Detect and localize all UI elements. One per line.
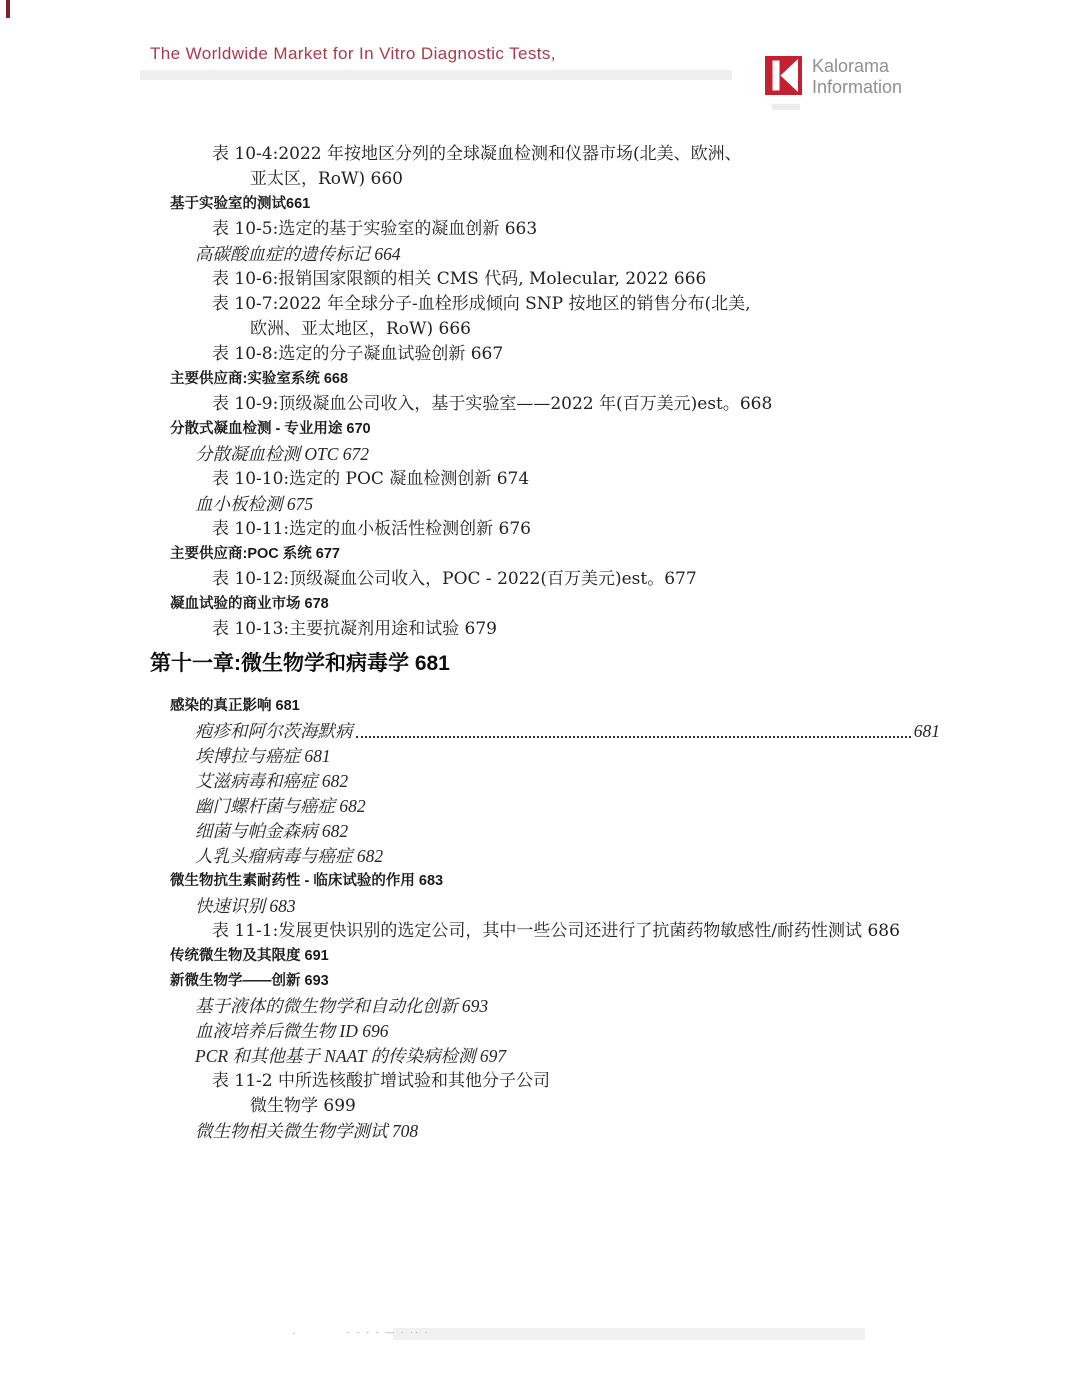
toc-entry: 艾滋病毒和癌症 682: [0, 769, 1000, 794]
toc-entry: 表 11-1:发展更快识别的选定公司，其中一些公司还进行了抗菌药物敏感性/耐药性…: [0, 919, 1000, 944]
footer-bar: [393, 1328, 865, 1340]
toc-entry: 埃博拉与癌症 681: [0, 744, 1000, 769]
toc-entry: 凝血试验的商业市场 678: [0, 592, 1000, 617]
toc-entry: 基于液体的微生物学和自动化创新 693: [0, 994, 1000, 1019]
toc-entry: 表 10-10:选定的 POC 凝血检测创新 674: [0, 467, 1000, 492]
toc-entry: 主要供应商:POC 系统 677: [0, 542, 1000, 567]
toc-entry: 血液培养后微生物 ID 696: [0, 1019, 1000, 1044]
toc-entry: 人乳头瘤病毒与癌症 682: [0, 844, 1000, 869]
toc-entry: 表 10-9:顶级凝血公司收入，基于实验室——2022 年(百万美元)est。6…: [0, 392, 1000, 417]
logo-text: Kalorama Information: [812, 56, 902, 98]
chapter-heading: 第十一章:微生物学和病毒学 681: [0, 649, 1000, 679]
footer-mark-left: ·: [292, 1328, 295, 1339]
footer-page-marks: - - - - ― · ·· ·: [347, 1327, 429, 1337]
logo-brand-line2: Information: [812, 77, 902, 98]
logo-shadow-mark: [772, 104, 800, 110]
logo-brand-line1: Kalorama: [812, 56, 902, 77]
toc-entry: 表 10-13:主要抗凝剂用途和试验 679: [0, 617, 1000, 642]
toc-entry: 微生物学 699: [0, 1094, 1000, 1119]
toc-entry: 表 10-11:选定的血小板活性检测创新 676: [0, 517, 1000, 542]
toc-entry: 疱疹和阿尔茨海默病681: [0, 719, 940, 744]
toc-entry: 传统微生物及其限度 691: [0, 944, 1000, 969]
kalorama-logo: Kalorama Information: [765, 56, 902, 98]
toc-entry: 表 10-6:报销国家限额的相关 CMS 代码, Molecular, 2022…: [0, 267, 1000, 292]
kalorama-k-icon: [765, 56, 802, 95]
toc-entry: 亚太区，RoW) 660: [0, 167, 1000, 192]
dot-leader: [356, 719, 911, 738]
toc-entry: 欧洲、亚太地区，RoW) 666: [0, 317, 1000, 342]
toc-entry: 快速识别 683: [0, 894, 1000, 919]
toc-entry: 表 10-4:2022 年按地区分列的全球凝血检测和仪器市场(北美、欧洲、: [0, 142, 1000, 167]
toc-entry: 基于实验室的测试661: [0, 192, 1000, 217]
toc-entry: 主要供应商:实验室系统 668: [0, 367, 1000, 392]
toc-entry: 分散凝血检测 OTC 672: [0, 442, 1000, 467]
toc-entry: 新微生物学——创新 693: [0, 969, 1000, 994]
toc-entry: 微生物相关微生物学测试 708: [0, 1119, 1000, 1144]
toc-entry: 微生物抗生素耐药性 - 临床试验的作用 683: [0, 869, 1000, 894]
header-divider-bar: [140, 70, 732, 80]
toc-entry-text: 疱疹和阿尔茨海默病: [195, 719, 353, 744]
toc-entry: 表 10-5:选定的基于实验室的凝血创新 663: [0, 217, 1000, 242]
toc-entry: PCR 和其他基于 NAAT 的传染病检测 697: [0, 1044, 1000, 1069]
toc-entry: 表 10-7:2022 年全球分子-血栓形成倾向 SNP 按地区的销售分布(北美…: [0, 292, 1000, 317]
toc-entry: 分散式凝血检测 - 专业用途 670: [0, 417, 1000, 442]
toc-entry: 表 11-2 中所选核酸扩增试验和其他分子公司: [0, 1069, 1000, 1094]
toc-entry: 表 10-12:顶级凝血公司收入，POC - 2022(百万美元)est。677: [0, 567, 1000, 592]
toc-entry: 细菌与帕金森病 682: [0, 819, 1000, 844]
toc-list: 表 10-4:2022 年按地区分列的全球凝血检测和仪器市场(北美、欧洲、亚太区…: [0, 142, 1000, 1144]
toc-entry: 血小板检测 675: [0, 492, 1000, 517]
page-corner-mark: [6, 0, 10, 18]
toc-entry: 表 10-8:选定的分子凝血试验创新 667: [0, 342, 1000, 367]
page-number: 681: [914, 719, 940, 744]
toc-entry: 幽门螺杆菌与癌症 682: [0, 794, 1000, 819]
toc-entry: 高碳酸血症的遗传标记 664: [0, 242, 1000, 267]
toc-entry: 感染的真正影响 681: [0, 694, 1000, 719]
document-title: The Worldwide Market for In Vitro Diagno…: [150, 44, 556, 64]
